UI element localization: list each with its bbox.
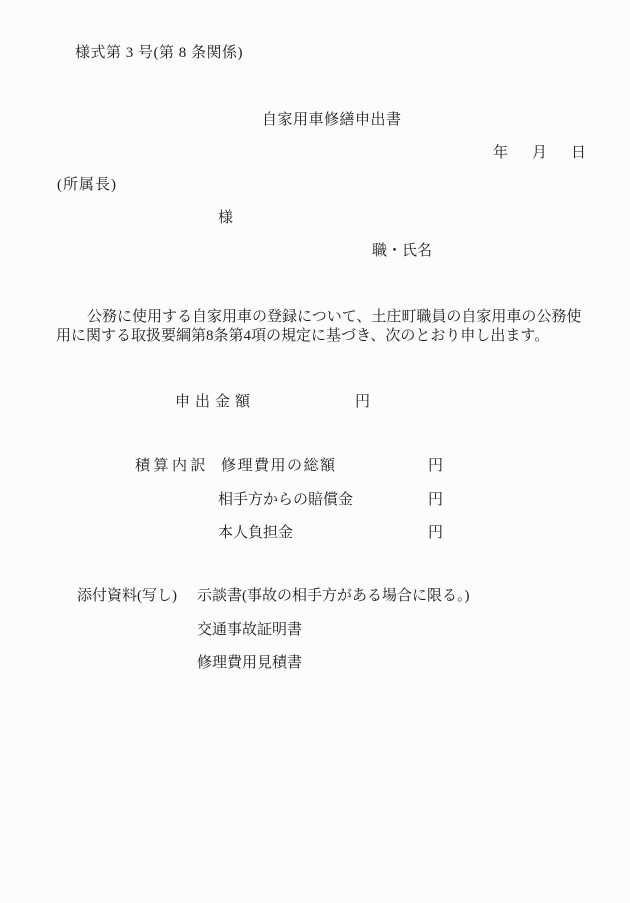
attachment-item-settlement: 示談書(事故の相手方がある場合に限る。)	[197, 588, 470, 605]
breakdown-item-compensation-label: 相手方からの賠償金	[218, 492, 353, 509]
breakdown-item-self-pay-unit: 円	[428, 525, 443, 542]
body-text-line-2: 用に関する取扱要綱第8条第4項の規定に基づき、次のとおり申し出ます。	[56, 328, 549, 345]
breakdown-item-repair-total-label: 修理費用の総額	[221, 458, 337, 475]
body-text-line-1: 公務に使用する自家用車の登録について、土庄町職員の自家用車の公務使	[87, 309, 581, 326]
breakdown-item-self-pay-label: 本人負担金	[218, 525, 293, 542]
attachment-item-accident-certificate: 交通事故証明書	[197, 622, 302, 639]
amount-unit-yen: 円	[355, 394, 370, 411]
date-month-label: 月	[532, 145, 547, 162]
breakdown-item-repair-total-unit: 円	[428, 458, 443, 475]
signer-label: 職・氏名	[372, 243, 432, 260]
form-number: 様式第 3 号(第 8 条関係)	[75, 45, 243, 62]
breakdown-item-compensation-unit: 円	[428, 492, 443, 509]
date-year-label: 年	[493, 145, 508, 162]
date-day-label: 日	[571, 145, 586, 162]
page-title: 自家用車修繕申出書	[262, 112, 402, 129]
amount-label: 申出金額	[175, 394, 255, 411]
date-line: 年 月 日	[493, 145, 586, 162]
breakdown-label: 積算内訳	[135, 458, 209, 475]
scanned-form-page: 様式第 3 号(第 8 条関係) 自家用車修繕申出書 年 月 日 (所属長) 様…	[0, 0, 630, 903]
addressee-label: (所属長)	[57, 177, 117, 194]
attachments-label: 添付資料(写し)	[77, 588, 177, 605]
attachment-item-repair-estimate: 修理費用見積書	[197, 655, 302, 672]
addressee-honorific: 様	[218, 210, 233, 227]
